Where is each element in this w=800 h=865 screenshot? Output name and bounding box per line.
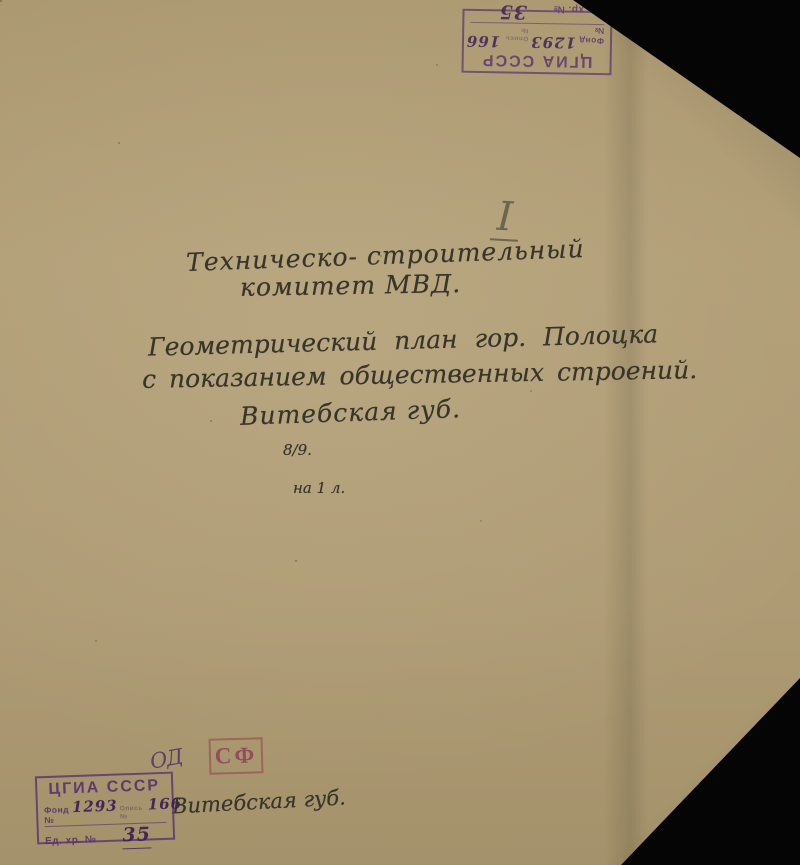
handwritten-subject-line2: с показанием общественных строений. (142, 355, 698, 394)
stamp-opis-value: 166 (147, 794, 182, 814)
stamp-fond-row: Фонд № 1293 Опись № 166 (44, 794, 167, 826)
stamp-opis-label: Опись № (505, 26, 528, 43)
handwritten-bottom-province: Витебская губ. (171, 785, 346, 818)
stamp-opis-label: Опись № (120, 804, 144, 821)
handwritten-fraction-note: 8/9. (283, 441, 312, 459)
stamp-item-value: 35 (498, 0, 527, 23)
stamp-fond-label: Фонд № (44, 804, 70, 826)
archive-stamp-top: ЦГИА СССР Фонд № 1293 Опись № 166 Ед. хр… (461, 9, 612, 76)
stamp-fond-label: Фонд № (579, 25, 604, 47)
handwritten-title-line2: комитет МВД. (240, 269, 462, 302)
stamp-item-row: Ед. хр. № 35 (470, 0, 604, 24)
sf-stamp: СФ (209, 737, 264, 774)
stamp-item-row: Ед. хр. № 35 (45, 823, 168, 852)
stamp-item-value: 35 (122, 823, 151, 849)
stamp-opis-value: 166 (466, 31, 501, 50)
stamp-archive-name: ЦГИА СССР (470, 50, 604, 70)
paper-specks (0, 0, 2, 2)
stamp-fond-value: 1293 (72, 796, 118, 816)
handwritten-sheet-note: на 1 л. (293, 479, 345, 497)
stamp-fond-value: 1293 (530, 33, 576, 53)
pencil-page-number: I (490, 196, 520, 241)
sf-stamp-label: СФ (214, 742, 257, 769)
stamp-item-label: Ед. хр. № (553, 2, 605, 15)
stamp-fond-row: Фонд № 1293 Опись № 166 (470, 22, 604, 53)
handwritten-od-note: ОД (148, 744, 184, 773)
handwritten-province: Витебская губ. (240, 394, 462, 431)
archive-stamp-bottom: ЦГИА СССР Фонд № 1293 Опись № 166 Ед. хр… (35, 772, 175, 845)
stamp-item-label: Ед. хр. № (45, 834, 97, 848)
archival-folder-cover: ЦГИА СССР Фонд № 1293 Опись № 166 Ед. хр… (0, 0, 800, 865)
document-photo: ЦГИА СССР Фонд № 1293 Опись № 166 Ед. хр… (0, 0, 800, 865)
handwritten-subject-line1: Геометрический план гор. Полоцка (148, 319, 659, 361)
